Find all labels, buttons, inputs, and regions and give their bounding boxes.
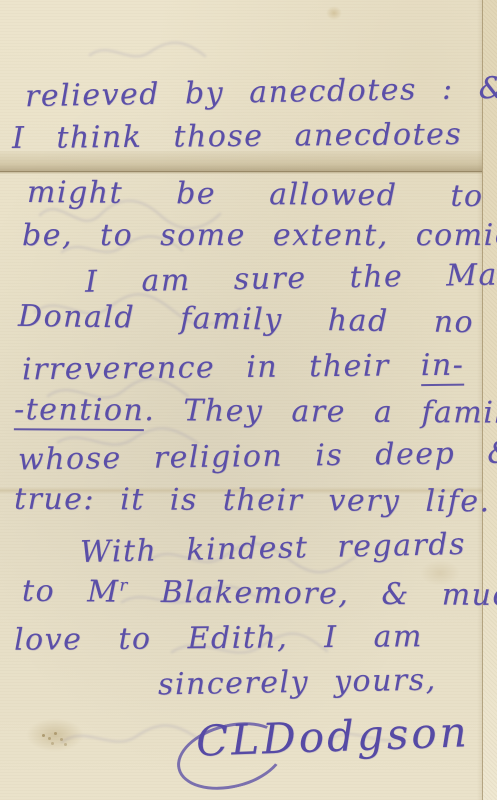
letter-line-4: be, to some extent, comic. xyxy=(22,219,497,252)
letter-line-12-pre: to M xyxy=(22,574,120,610)
letter-line-12-post: Blakemore, & much xyxy=(129,575,497,614)
letter-line-12: to Mr Blakemore, & much xyxy=(22,575,497,612)
letter-line-1: relieved by anecdotes : & xyxy=(25,72,497,113)
paper-stain xyxy=(26,718,84,752)
letter-line-2: I think those anecdotes xyxy=(12,118,463,155)
letter-line-7-text: irreverence in their xyxy=(22,348,421,387)
letter-line-8-text: . They are a family xyxy=(144,393,497,431)
letter-line-14: sincerely yours, xyxy=(158,664,437,702)
letter-line-9: whose religion is deep & xyxy=(18,437,497,477)
letter-line-6: Donald family had no xyxy=(18,300,475,339)
paper-stain xyxy=(326,6,342,20)
letter-line-8: -tention. They are a family xyxy=(14,393,497,430)
underlined-word-in: in- xyxy=(421,348,465,386)
fold-crease-top-line xyxy=(0,171,497,172)
letter-line-7: irreverence in their in- xyxy=(22,349,465,387)
signature: CLDodgson xyxy=(195,709,470,765)
letter-line-13: love to Edith, I am xyxy=(14,620,423,657)
letter-page: relieved by anecdotes : & I think those … xyxy=(0,0,497,800)
letter-line-5: I am sure the Mac xyxy=(85,258,497,299)
paper-speckles xyxy=(42,734,45,737)
letter-line-10: true: it is their very life. xyxy=(14,483,491,518)
underlined-word-tention: -tention xyxy=(14,392,145,431)
letter-line-3: might be allowed to xyxy=(27,176,484,213)
superscript-r: r xyxy=(119,576,129,595)
letter-line-11: With kindest regards xyxy=(80,528,467,569)
